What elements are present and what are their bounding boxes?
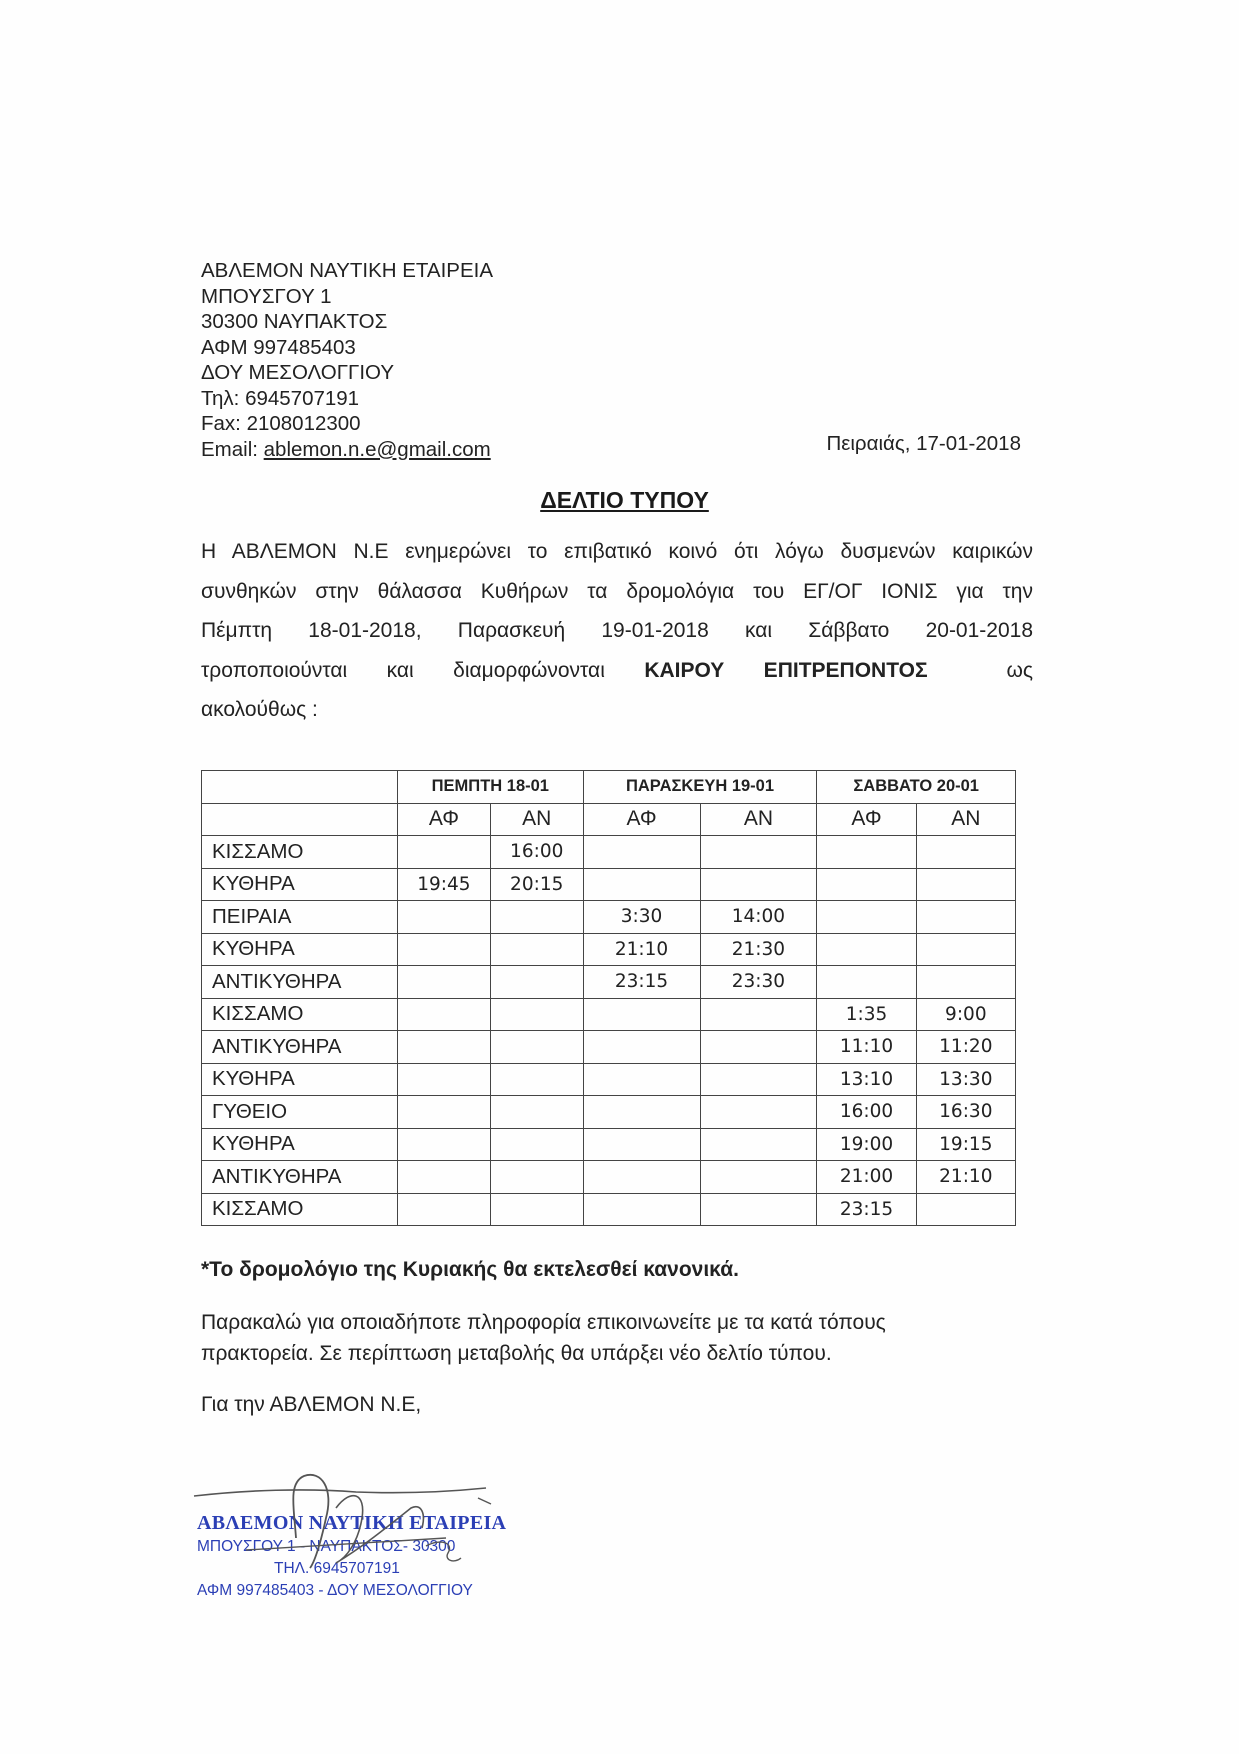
port-cell: ΚΥΘΗΡΑ	[202, 1063, 398, 1096]
empty-corner-cell	[202, 771, 398, 804]
contact-line: Παρακαλώ για οποιαδήποτε πληροφορία επικ…	[201, 1307, 886, 1338]
arrival-time-cell	[916, 966, 1015, 999]
arrival-time-cell	[490, 1031, 583, 1064]
arrival-time-cell	[490, 998, 583, 1031]
departure-time-cell	[398, 1193, 491, 1226]
schedule-table: ΠΕΜΠΤΗ 18-01 ΠΑΡΑΣΚΕΥΗ 19-01 ΣΑΒΒΑΤΟ 20-…	[201, 770, 1016, 1226]
port-cell: ΓΥΘΕΙΟ	[202, 1096, 398, 1129]
departure-time-cell	[583, 1096, 700, 1129]
sub-header-row: ΑΦ ΑΝ ΑΦ ΑΝ ΑΦ ΑΝ	[202, 803, 1016, 836]
arrival-time-cell: 11:20	[916, 1031, 1015, 1064]
arrival-time-cell	[490, 1193, 583, 1226]
departure-time-cell	[583, 1063, 700, 1096]
departure-time-cell	[398, 1031, 491, 1064]
arrival-time-cell: 16:30	[916, 1096, 1015, 1129]
departure-time-cell	[583, 1031, 700, 1064]
company-vat: ΑΦΜ 997485403	[201, 335, 493, 361]
arrival-time-cell: 23:30	[700, 966, 817, 999]
contact-paragraph: Παρακαλώ για οποιαδήποτε πληροφορία επικ…	[201, 1307, 886, 1369]
port-cell: ΚΥΘΗΡΑ	[202, 868, 398, 901]
company-address: ΜΠΟΥΣΓΟΥ 1	[201, 284, 493, 310]
departure-time-cell	[398, 1128, 491, 1161]
arrival-time-cell	[490, 966, 583, 999]
arrival-time-cell	[490, 1063, 583, 1096]
email-label: Email:	[201, 438, 264, 461]
departure-time-cell: 13:10	[817, 1063, 916, 1096]
table-row: ΠΕΙΡΑΙΑ3:3014:00	[202, 901, 1016, 934]
arrival-time-cell	[916, 933, 1015, 966]
document-title: ΔΕΛΤΙΟ ΤΥΠΟΥ	[0, 487, 1239, 514]
company-email-line: Email: ablemon.n.e@gmail.com	[201, 437, 493, 463]
departure-time-cell: 19:00	[817, 1128, 916, 1161]
port-cell: ΚΙΣΣΑΜΟ	[202, 998, 398, 1031]
body-text-fragment: ως	[928, 659, 1033, 682]
departure-time-cell: 23:15	[583, 966, 700, 999]
arrival-time-cell	[700, 1063, 817, 1096]
announcement-body: Η ΑΒΛΕΜΟΝ Ν.Ε ενημερώνει το επιβατικό κο…	[201, 532, 1033, 730]
departure-time-cell	[398, 1096, 491, 1129]
arrival-time-cell	[916, 836, 1015, 869]
departure-time-cell	[398, 1063, 491, 1096]
arrival-header: ΑΝ	[916, 803, 1015, 836]
company-tax-office: ΔΟΥ ΜΕΣΟΛΟΓΓΙΟΥ	[201, 360, 493, 386]
body-line: συνθηκών στην θάλασσα Κυθήρων τα δρομολό…	[201, 572, 1033, 612]
arrival-time-cell	[490, 1161, 583, 1194]
arrival-header: ΑΝ	[700, 803, 817, 836]
arrival-time-cell	[916, 868, 1015, 901]
table-row: ΚΥΘΗΡΑ21:1021:30	[202, 933, 1016, 966]
arrival-time-cell: 9:00	[916, 998, 1015, 1031]
table-row: ΚΙΣΣΑΜΟ23:15	[202, 1193, 1016, 1226]
departure-time-cell	[398, 1161, 491, 1194]
company-header: ΑΒΛΕΜΟΝ ΝΑΥΤΙΚΗ ΕΤΑΙΡΕΙΑ ΜΠΟΥΣΓΟΥ 1 3030…	[201, 258, 493, 462]
port-cell: ΑΝΤΙΚΥΘΗΡΑ	[202, 1031, 398, 1064]
stamp-phone: ΤΗΛ. 6945707191	[274, 1560, 400, 1578]
day-header-row: ΠΕΜΠΤΗ 18-01 ΠΑΡΑΣΚΕΥΗ 19-01 ΣΑΒΒΑΤΟ 20-…	[202, 771, 1016, 804]
company-phone: Τηλ: 6945707191	[201, 386, 493, 412]
arrival-time-cell	[490, 1096, 583, 1129]
weather-permitting-emphasis: ΚΑΙΡΟΥ ΕΠΙΤΡΕΠΟΝΤΟΣ	[644, 659, 927, 682]
departure-header: ΑΦ	[817, 803, 916, 836]
port-cell: ΑΝΤΙΚΥΘΗΡΑ	[202, 966, 398, 999]
departure-time-cell	[817, 868, 916, 901]
table-row: ΚΙΣΣΑΜΟ16:00	[202, 836, 1016, 869]
table-row: ΚΙΣΣΑΜΟ1:359:00	[202, 998, 1016, 1031]
port-cell: ΚΙΣΣΑΜΟ	[202, 1193, 398, 1226]
body-line: Η ΑΒΛΕΜΟΝ Ν.Ε ενημερώνει το επιβατικό κο…	[201, 532, 1033, 572]
stamp-address: ΜΠΟΥΣΓΟΥ 1 - ΝΑΥΠΑΚΤΟΣ- 30300	[197, 1538, 455, 1556]
departure-time-cell: 11:10	[817, 1031, 916, 1064]
departure-time-cell: 3:30	[583, 901, 700, 934]
departure-time-cell	[398, 836, 491, 869]
arrival-header: ΑΝ	[490, 803, 583, 836]
signoff: Για την ΑΒΛΕΜΟΝ Ν.Ε,	[201, 1393, 421, 1417]
body-line: Πέμπτη 18-01-2018, Παρασκευή 19-01-2018 …	[201, 611, 1033, 651]
arrival-time-cell: 16:00	[490, 836, 583, 869]
day-header: ΣΑΒΒΑΤΟ 20-01	[817, 771, 1016, 804]
departure-time-cell	[817, 933, 916, 966]
company-fax: Fax: 2108012300	[201, 411, 493, 437]
departure-time-cell	[398, 966, 491, 999]
arrival-time-cell: 19:15	[916, 1128, 1015, 1161]
arrival-time-cell	[700, 1193, 817, 1226]
departure-time-cell	[583, 1193, 700, 1226]
port-cell: ΚΙΣΣΑΜΟ	[202, 836, 398, 869]
table-row: ΑΝΤΙΚΥΘΗΡΑ23:1523:30	[202, 966, 1016, 999]
table-row: ΚΥΘΗΡΑ13:1013:30	[202, 1063, 1016, 1096]
departure-time-cell	[583, 998, 700, 1031]
port-cell: ΑΝΤΙΚΥΘΗΡΑ	[202, 1161, 398, 1194]
arrival-time-cell	[700, 868, 817, 901]
arrival-time-cell	[700, 1096, 817, 1129]
departure-time-cell: 23:15	[817, 1193, 916, 1226]
body-line: ακολούθως :	[201, 690, 1033, 730]
arrival-time-cell: 14:00	[700, 901, 817, 934]
arrival-time-cell	[700, 1128, 817, 1161]
day-header: ΠΕΜΠΤΗ 18-01	[398, 771, 584, 804]
arrival-time-cell: 13:30	[916, 1063, 1015, 1096]
arrival-time-cell: 21:30	[700, 933, 817, 966]
table-row: ΑΝΤΙΚΥΘΗΡΑ21:0021:10	[202, 1161, 1016, 1194]
schedule-rows: ΚΙΣΣΑΜΟ16:00ΚΥΘΗΡΑ19:4520:15ΠΕΙΡΑΙΑ3:301…	[202, 836, 1016, 1226]
arrival-time-cell	[490, 933, 583, 966]
arrival-time-cell	[490, 1128, 583, 1161]
port-cell: ΚΥΘΗΡΑ	[202, 933, 398, 966]
arrival-time-cell: 20:15	[490, 868, 583, 901]
departure-time-cell	[398, 998, 491, 1031]
arrival-time-cell: 21:10	[916, 1161, 1015, 1194]
company-name: ΑΒΛΕΜΟΝ ΝΑΥΤΙΚΗ ΕΤΑΙΡΕΙΑ	[201, 258, 493, 284]
contact-line: πρακτορεία. Σε περίπτωση μεταβολής θα υπ…	[201, 1338, 886, 1369]
company-postcode-city: 30300 ΝΑΥΠΑΚΤΟΣ	[201, 309, 493, 335]
departure-time-cell: 16:00	[817, 1096, 916, 1129]
arrival-time-cell	[700, 1031, 817, 1064]
table-row: ΚΥΘΗΡΑ19:0019:15	[202, 1128, 1016, 1161]
departure-time-cell	[583, 836, 700, 869]
departure-header: ΑΦ	[583, 803, 700, 836]
stamp-company-name: ΑΒΛΕΜΟΝ ΝΑΥΤΙΚΗ ΕΤΑΙΡΕΙΑ	[197, 1512, 506, 1535]
arrival-time-cell	[490, 901, 583, 934]
departure-time-cell	[817, 966, 916, 999]
body-line: τροποποιούνται και διαμορφώνονται ΚΑΙΡΟΥ…	[201, 651, 1033, 691]
table-row: ΚΥΘΗΡΑ19:4520:15	[202, 868, 1016, 901]
departure-time-cell	[398, 933, 491, 966]
arrival-time-cell	[916, 1193, 1015, 1226]
email-link[interactable]: ablemon.n.e@gmail.com	[264, 438, 491, 461]
stamp-tax-info: ΑΦΜ 997485403 - ΔΟΥ ΜΕΣΟΛΟΓΓΙΟΥ	[197, 1582, 473, 1600]
departure-header: ΑΦ	[398, 803, 491, 836]
departure-time-cell: 21:00	[817, 1161, 916, 1194]
press-release-page: ΑΒΛΕΜΟΝ ΝΑΥΤΙΚΗ ΕΤΑΙΡΕΙΑ ΜΠΟΥΣΓΟΥ 1 3030…	[0, 0, 1239, 1754]
departure-time-cell	[583, 1161, 700, 1194]
arrival-time-cell	[916, 901, 1015, 934]
departure-time-cell	[583, 868, 700, 901]
arrival-time-cell	[700, 1161, 817, 1194]
date-line: Πειραιάς, 17-01-2018	[826, 432, 1021, 456]
arrival-time-cell	[700, 998, 817, 1031]
day-header: ΠΑΡΑΣΚΕΥΗ 19-01	[583, 771, 817, 804]
table-row: ΑΝΤΙΚΥΘΗΡΑ11:1011:20	[202, 1031, 1016, 1064]
port-cell: ΚΥΘΗΡΑ	[202, 1128, 398, 1161]
departure-time-cell: 1:35	[817, 998, 916, 1031]
departure-time-cell	[583, 1128, 700, 1161]
company-stamp: ΑΒΛΕΜΟΝ ΝΑΥΤΙΚΗ ΕΤΑΙΡΕΙΑ ΜΠΟΥΣΓΟΥ 1 - ΝΑ…	[194, 1478, 524, 1608]
departure-time-cell: 19:45	[398, 868, 491, 901]
departure-time-cell	[817, 836, 916, 869]
empty-corner-cell	[202, 803, 398, 836]
departure-time-cell	[398, 901, 491, 934]
sunday-note: *Το δρομολόγιο της Κυριακής θα εκτελεσθε…	[201, 1258, 739, 1282]
body-text-fragment: τροποποιούνται και διαμορφώνονται	[201, 659, 644, 682]
port-cell: ΠΕΙΡΑΙΑ	[202, 901, 398, 934]
departure-time-cell	[817, 901, 916, 934]
table-row: ΓΥΘΕΙΟ16:0016:30	[202, 1096, 1016, 1129]
arrival-time-cell	[700, 836, 817, 869]
departure-time-cell: 21:10	[583, 933, 700, 966]
